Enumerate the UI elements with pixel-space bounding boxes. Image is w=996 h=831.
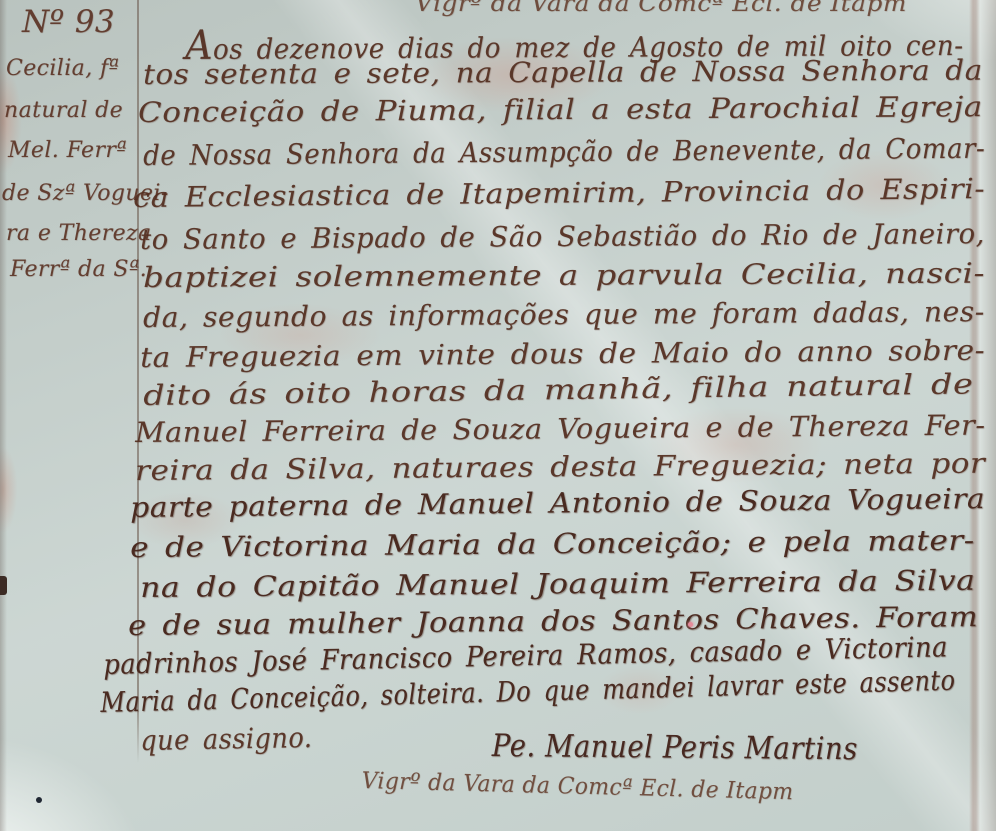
margin-note-line: ra e Thereza <box>6 221 152 246</box>
scanned-baptismal-record-page: Vigrº da Vara da Comcª Ecl. de Itapm Nº … <box>0 0 996 831</box>
margin-note-line: Ferrª da Sª. <box>10 257 147 282</box>
bottom-annotation: Vigrº da Vara da Comcª Ecl. de Itapm <box>361 768 794 805</box>
record-text-line: Manuel Ferreira de Souza Vogueira e de T… <box>135 409 986 449</box>
priest-signature: Pe. Manuel Peris Martins <box>492 728 858 767</box>
record-text-line: ca Ecclesiastica de Itapemirim, Provinci… <box>133 172 985 214</box>
record-text-line: parte paterna de Manuel Antonio de Souza… <box>130 482 985 524</box>
record-text-line: to Santo e Bispado de São Sebastião do R… <box>140 217 985 256</box>
record-text-line: na do Capitão Manuel Joaquim Ferreira da… <box>140 564 976 604</box>
red-ink-speck <box>688 622 693 627</box>
record-text-line: tos setenta e sete, na Capella de Nossa … <box>143 54 983 91</box>
record-text-line: baptizei solemnemente a parvula Cecilia,… <box>143 257 985 294</box>
record-text-line: e de Victorina Maria da Conceição; e pel… <box>130 524 975 564</box>
record-text-line: dito ás oito horas da manhã, filha natur… <box>143 367 974 412</box>
record-text-line: reira da Silva, naturaes desta Freguezia… <box>135 447 985 487</box>
paper-edge-dark-mark <box>0 576 7 595</box>
record-text-line: que assigno. <box>140 721 313 757</box>
ink-dot <box>36 797 42 803</box>
margin-note-line: natural de <box>4 98 123 123</box>
margin-note-line: Cecilia, fª <box>6 56 119 81</box>
top-annotation: Vigrº da Vara da Comcª Ecl. de Itapm <box>415 0 907 17</box>
record-text-line: ta Freguezia em vinte dous de Maio do an… <box>140 334 985 374</box>
record-number: Nº 93 <box>22 4 115 40</box>
record-text-line: da, segundo as informações que me foram … <box>143 295 985 334</box>
record-text-line: de Nossa Senhora da Assumpção de Beneven… <box>143 132 985 172</box>
record-text-line: Conceição de Piuma, filial a esta Paroch… <box>138 90 983 129</box>
margin-note-line: Mel. Ferrª <box>8 138 127 163</box>
